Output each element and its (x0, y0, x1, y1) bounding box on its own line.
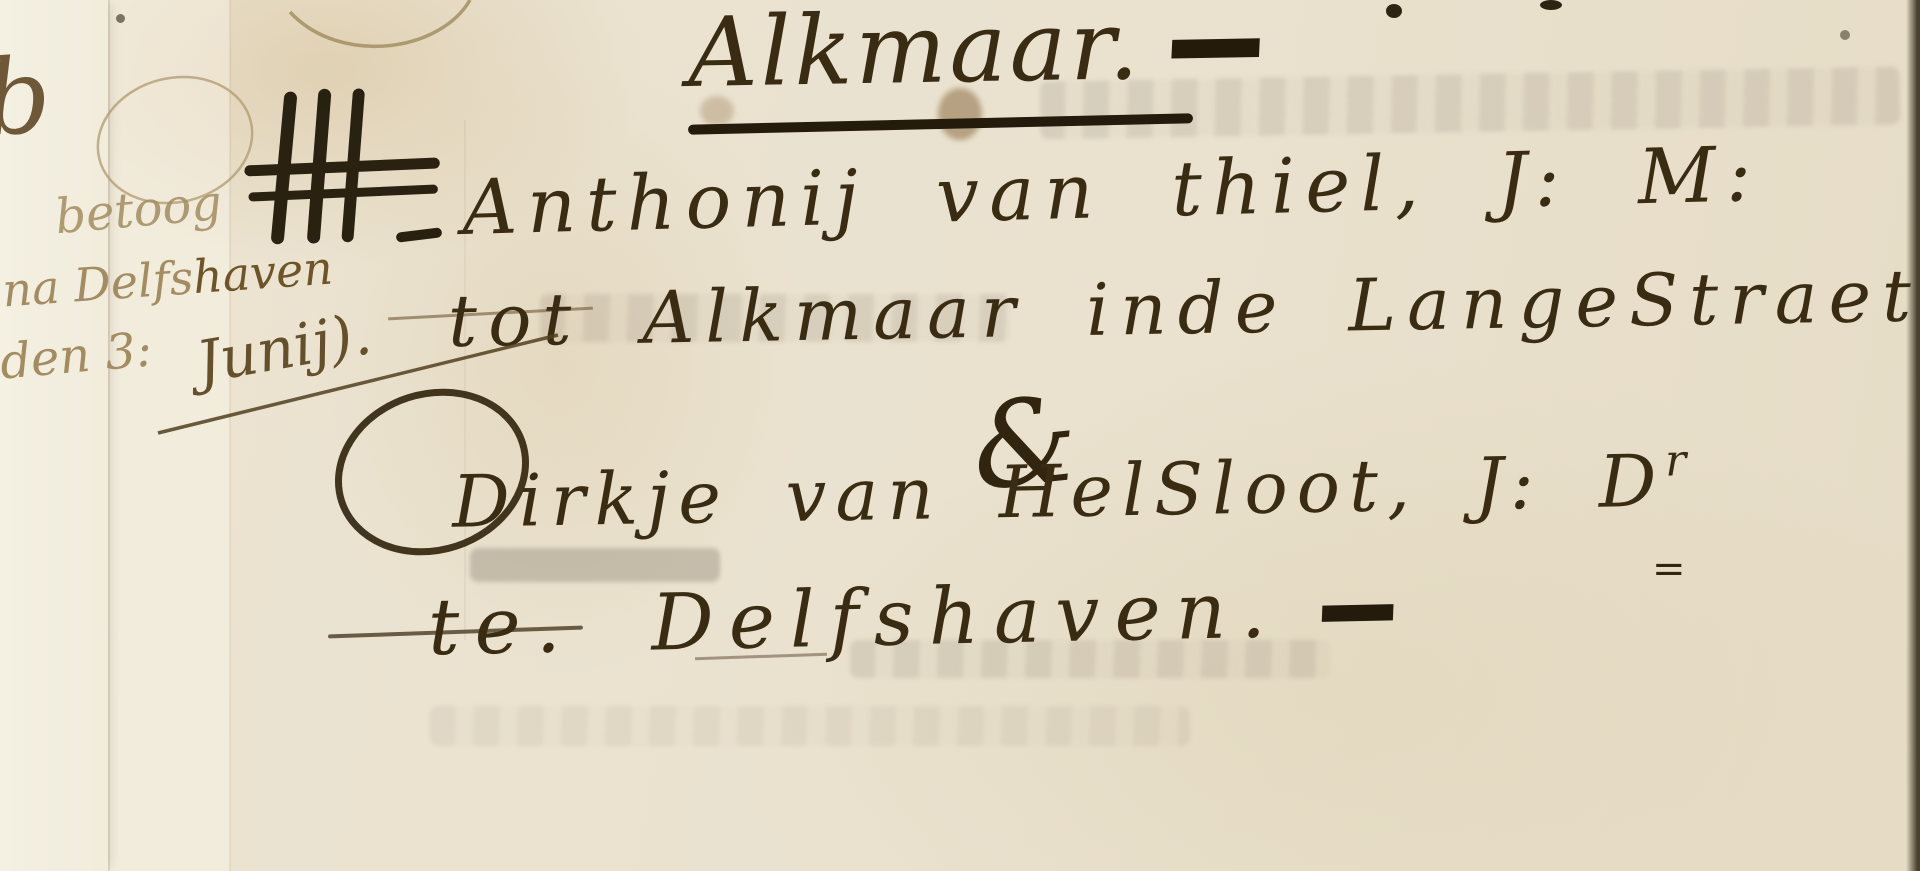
entry-line-groom: Anthonij van thiel, J: M: (461, 129, 1762, 252)
ink-speck (1840, 30, 1850, 40)
entry-line-bride-text: Dirkje van HelSloot, J: D (451, 439, 1666, 544)
entry-line-bride-superscript: r (1665, 435, 1689, 486)
closing-dash: — (1315, 451, 1414, 741)
entry-line-bride-address-text: te. Delfshaven. (427, 565, 1281, 673)
ink-speck (1540, 0, 1562, 10)
entry-line-bride: Dirkje van HelSloot, J: Dr (451, 435, 1689, 544)
manuscript-scan: b betoog na Delfshaven den 3: Junij). Al… (0, 0, 1920, 871)
ink-speck (116, 14, 125, 23)
edge-glyph: b (0, 34, 55, 160)
cutoff-flourish (280, 0, 500, 70)
bleedthrough-ghost (430, 706, 1190, 746)
entry-line-groom-address: tot Alkmaar inde LangeStraet: (447, 253, 1920, 363)
ink-speck (1386, 4, 1402, 18)
heading-place: Alkmaar.— (687, 0, 1267, 109)
double-hyphen-mark: = (1652, 546, 1684, 592)
heading-place-text: Alkmaar. (687, 0, 1142, 109)
page-edge-shadow (1906, 0, 1920, 871)
